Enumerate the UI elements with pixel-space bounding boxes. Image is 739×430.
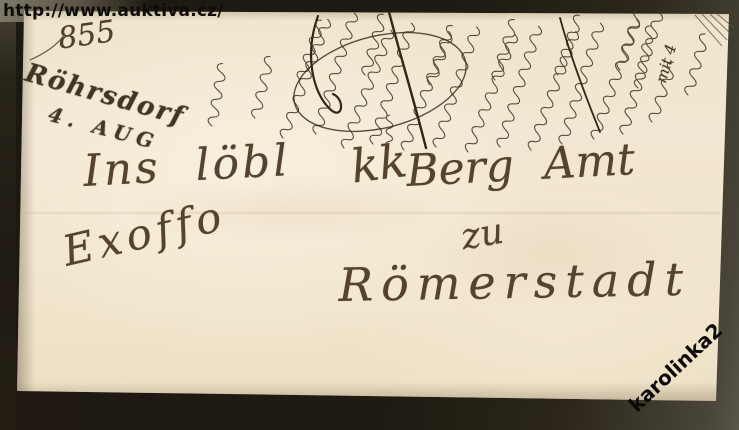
- address-kk: kk: [348, 133, 410, 193]
- address-town: Römerstadt: [338, 252, 691, 312]
- auction-photo: 855 Röhrsdorf 4. AUG Ins löbl kk Berg Am…: [0, 0, 739, 430]
- paper-bottom-shading: [17, 382, 717, 401]
- site-url-watermark: http://www.auktiva.cz/: [3, 1, 224, 21]
- address-line-1: Ins löbl: [82, 135, 291, 197]
- address-zu: zu: [458, 211, 507, 259]
- photo-left-edge: [0, 0, 16, 430]
